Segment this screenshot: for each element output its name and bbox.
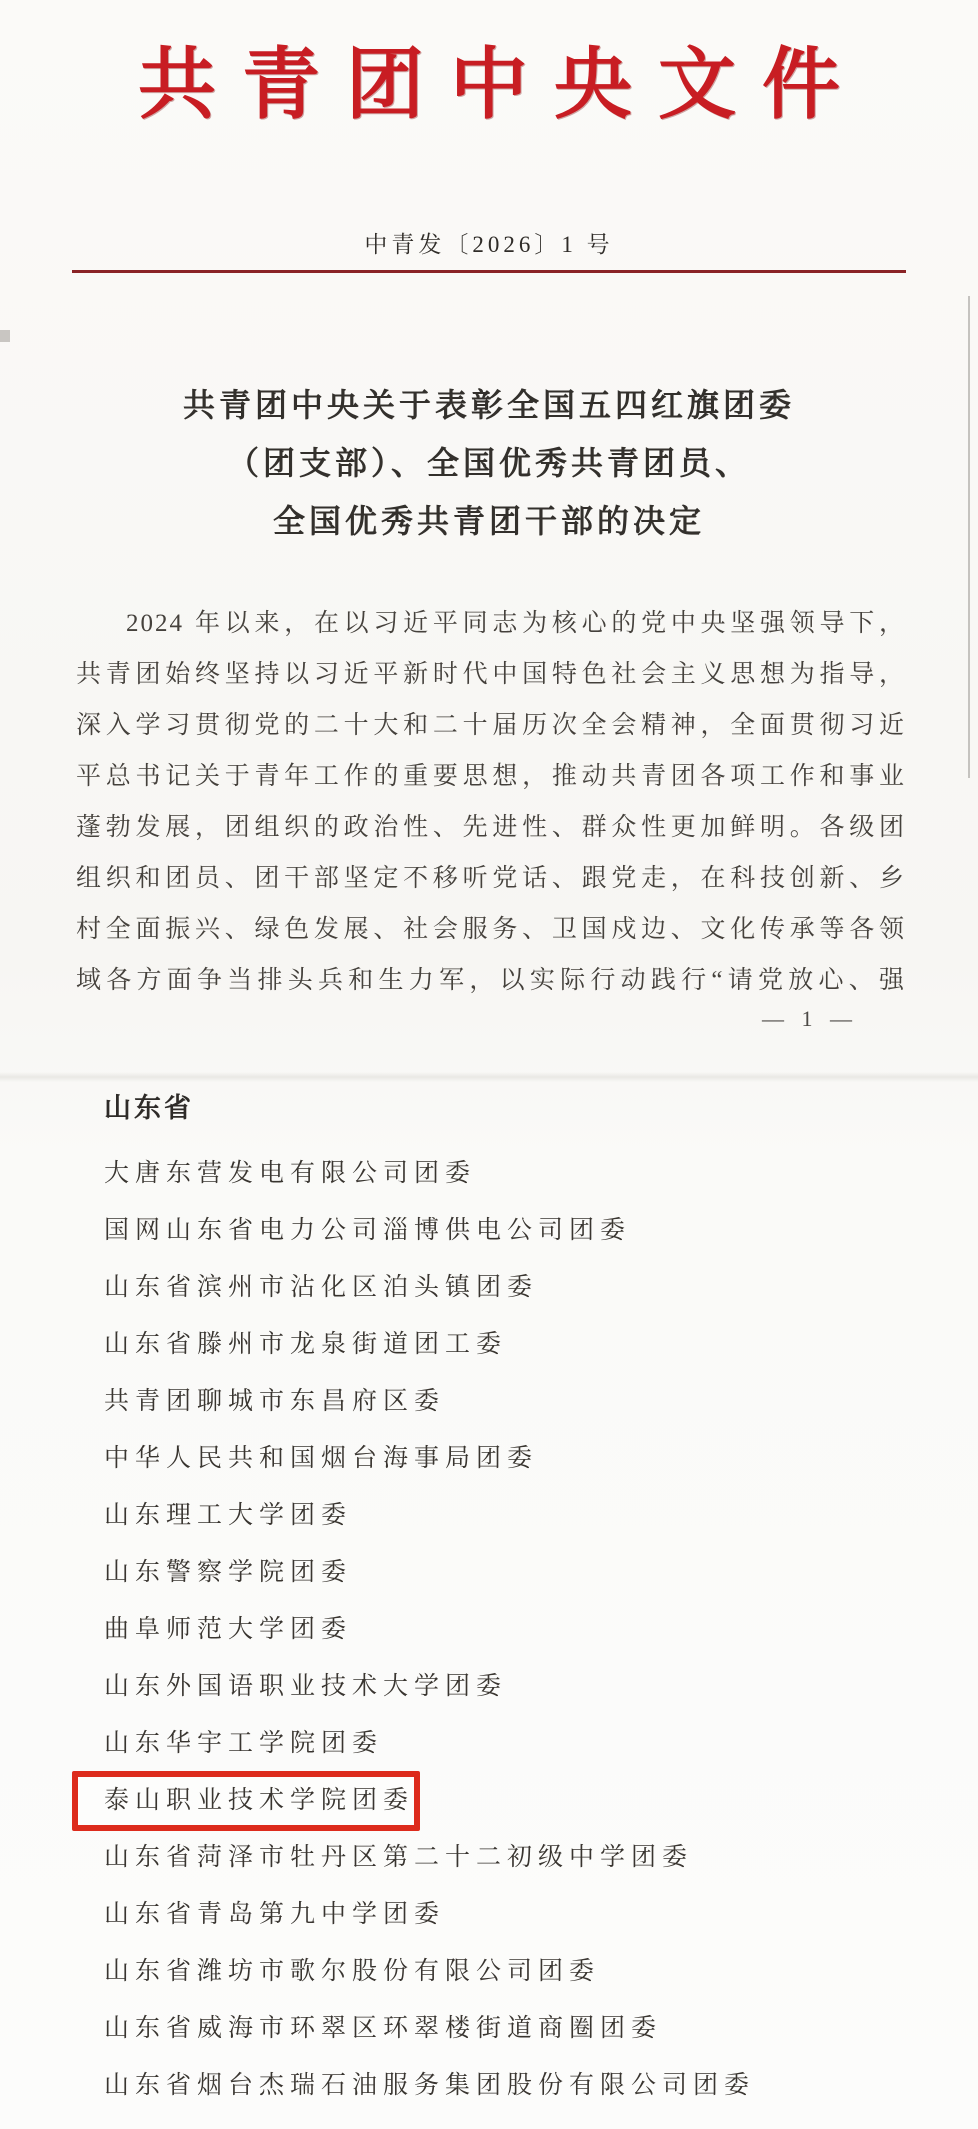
award-list-item: 共青团聊城市东昌府区委 <box>0 1373 978 1430</box>
award-list-item: 山东省青岛第九中学团委 <box>0 1886 978 1943</box>
award-item-label: 大唐东营发电有限公司团委 <box>104 1160 476 1187</box>
masthead-title: 共青团中央文件 <box>0 22 978 134</box>
scanned-document: 共青团中央文件 中青发〔2026〕1 号 共青团中央关于表彰全国五四红旗团委 （… <box>0 0 978 2129</box>
award-item-label: 山东省菏泽市牡丹区第二十二初级中学团委 <box>104 1844 693 1871</box>
award-list-item: 山东省滨州市沾化区泊头镇团委 <box>0 1259 978 1316</box>
scan-artifact-right-edge <box>968 296 970 778</box>
award-item-label: 国网山东省电力公司淄博供电公司团委 <box>104 1217 631 1244</box>
award-list-item: 山东华宇工学院团委 <box>0 1715 978 1772</box>
body-line: 村全面振兴、绿色发展、社会服务、卫国戍边、文化传承等各领 <box>76 904 906 955</box>
award-list-item: 山东警察学院团委 <box>0 1544 978 1601</box>
award-list-item: 山东理工大学团委 <box>0 1487 978 1544</box>
body-line: 蓬勃发展，团组织的政治性、先进性、群众性更加鲜明。各级团 <box>76 802 906 853</box>
award-item-label: 山东省滨州市沾化区泊头镇团委 <box>104 1274 538 1301</box>
award-item-label: 共青团聊城市东昌府区委 <box>104 1388 445 1415</box>
award-list-item: 山东外国语职业技术大学团委 <box>0 1658 978 1715</box>
award-list: 大唐东营发电有限公司团委 国网山东省电力公司淄博供电公司团委 山东省滨州市沾化区… <box>0 1145 978 2129</box>
body-line: 组织和团员、团干部坚定不移听党话、跟党走，在科技创新、乡 <box>76 853 906 904</box>
award-item-label: 山东省潍坊市歌尔股份有限公司团委 <box>104 1958 600 1985</box>
red-divider-line <box>72 270 906 273</box>
award-list-item: 国网山东省电力公司淄博供电公司团委 <box>0 1202 978 1259</box>
award-list-item: 山东省烟台杰瑞石油服务集团股份有限公司团委 <box>0 2057 978 2114</box>
body-line: 深入学习贯彻党的二十大和二十届历次全会精神，全面贯彻习近 <box>76 700 906 751</box>
scan-artifact-left-mark <box>0 330 10 342</box>
document-title-line: 共青团中央关于表彰全国五四红旗团委 <box>60 376 918 434</box>
page-number: — 1 — <box>762 1006 858 1032</box>
award-item-label: 曲阜师范大学团委 <box>104 1616 352 1643</box>
award-item-label: 泰山职业技术学院团委 <box>104 1787 414 1814</box>
page-seam-shadow <box>0 1072 978 1082</box>
body-line: 平总书记关于青年工作的重要思想，推动共青团各项工作和事业 <box>76 751 906 802</box>
body-line: 域各方面争当排头兵和生力军，以实际行动践行“请党放心、强 <box>76 955 906 1006</box>
document-title-line: 全国优秀共青团干部的决定 <box>60 492 918 550</box>
award-list-item: 曲阜师范大学团委 <box>0 1601 978 1658</box>
body-line: 2024 年以来，在以习近平同志为核心的党中央坚强领导下， <box>76 598 906 649</box>
award-item-label: 山东省滕州市龙泉街道团工委 <box>104 1331 507 1358</box>
award-list-item: 山东省滕州市龙泉街道团工委 <box>0 1316 978 1373</box>
award-list-item-highlighted: 泰山职业技术学院团委 <box>0 1772 978 1829</box>
award-item-label: 中华人民共和国烟台海事局团委 <box>104 1445 538 1472</box>
award-list-item: 山东省威海市环翠区环翠楼街道商圈团委 <box>0 2000 978 2057</box>
document-title-line: （团支部）、全国优秀共青团员、 <box>60 434 918 492</box>
award-list-item: 中华人民共和国烟台海事局团委 <box>0 1430 978 1487</box>
award-item-label: 山东警察学院团委 <box>104 1559 352 1586</box>
award-item-label: 山东外国语职业技术大学团委 <box>104 1673 507 1700</box>
body-line: 共青团始终坚持以习近平新时代中国特色社会主义思想为指导， <box>76 649 906 700</box>
award-list-item: 山东省潍坊市歌尔股份有限公司团委 <box>0 1943 978 2000</box>
award-list-item: 山东省菏泽市牡丹区第二十二初级中学团委 <box>0 1829 978 1886</box>
award-item-label: 山东华宇工学院团委 <box>104 1730 383 1757</box>
body-paragraph: 2024 年以来，在以习近平同志为核心的党中央坚强领导下， 共青团始终坚持以习近… <box>76 598 906 1006</box>
award-item-label: 山东理工大学团委 <box>104 1502 352 1529</box>
award-list-item: 大唐东营发电有限公司团委 <box>0 1145 978 1202</box>
document-number: 中青发〔2026〕1 号 <box>0 226 978 259</box>
award-item-label: 山东省烟台杰瑞石油服务集团股份有限公司团委 <box>104 2072 755 2099</box>
award-item-label: 山东省青岛第九中学团委 <box>104 1901 445 1928</box>
province-header: 山东省 <box>104 1086 194 1125</box>
award-item-label: 山东省威海市环翠区环翠楼街道商圈团委 <box>104 2015 662 2042</box>
document-title: 共青团中央关于表彰全国五四红旗团委 （团支部）、全国优秀共青团员、 全国优秀共青… <box>60 376 918 550</box>
